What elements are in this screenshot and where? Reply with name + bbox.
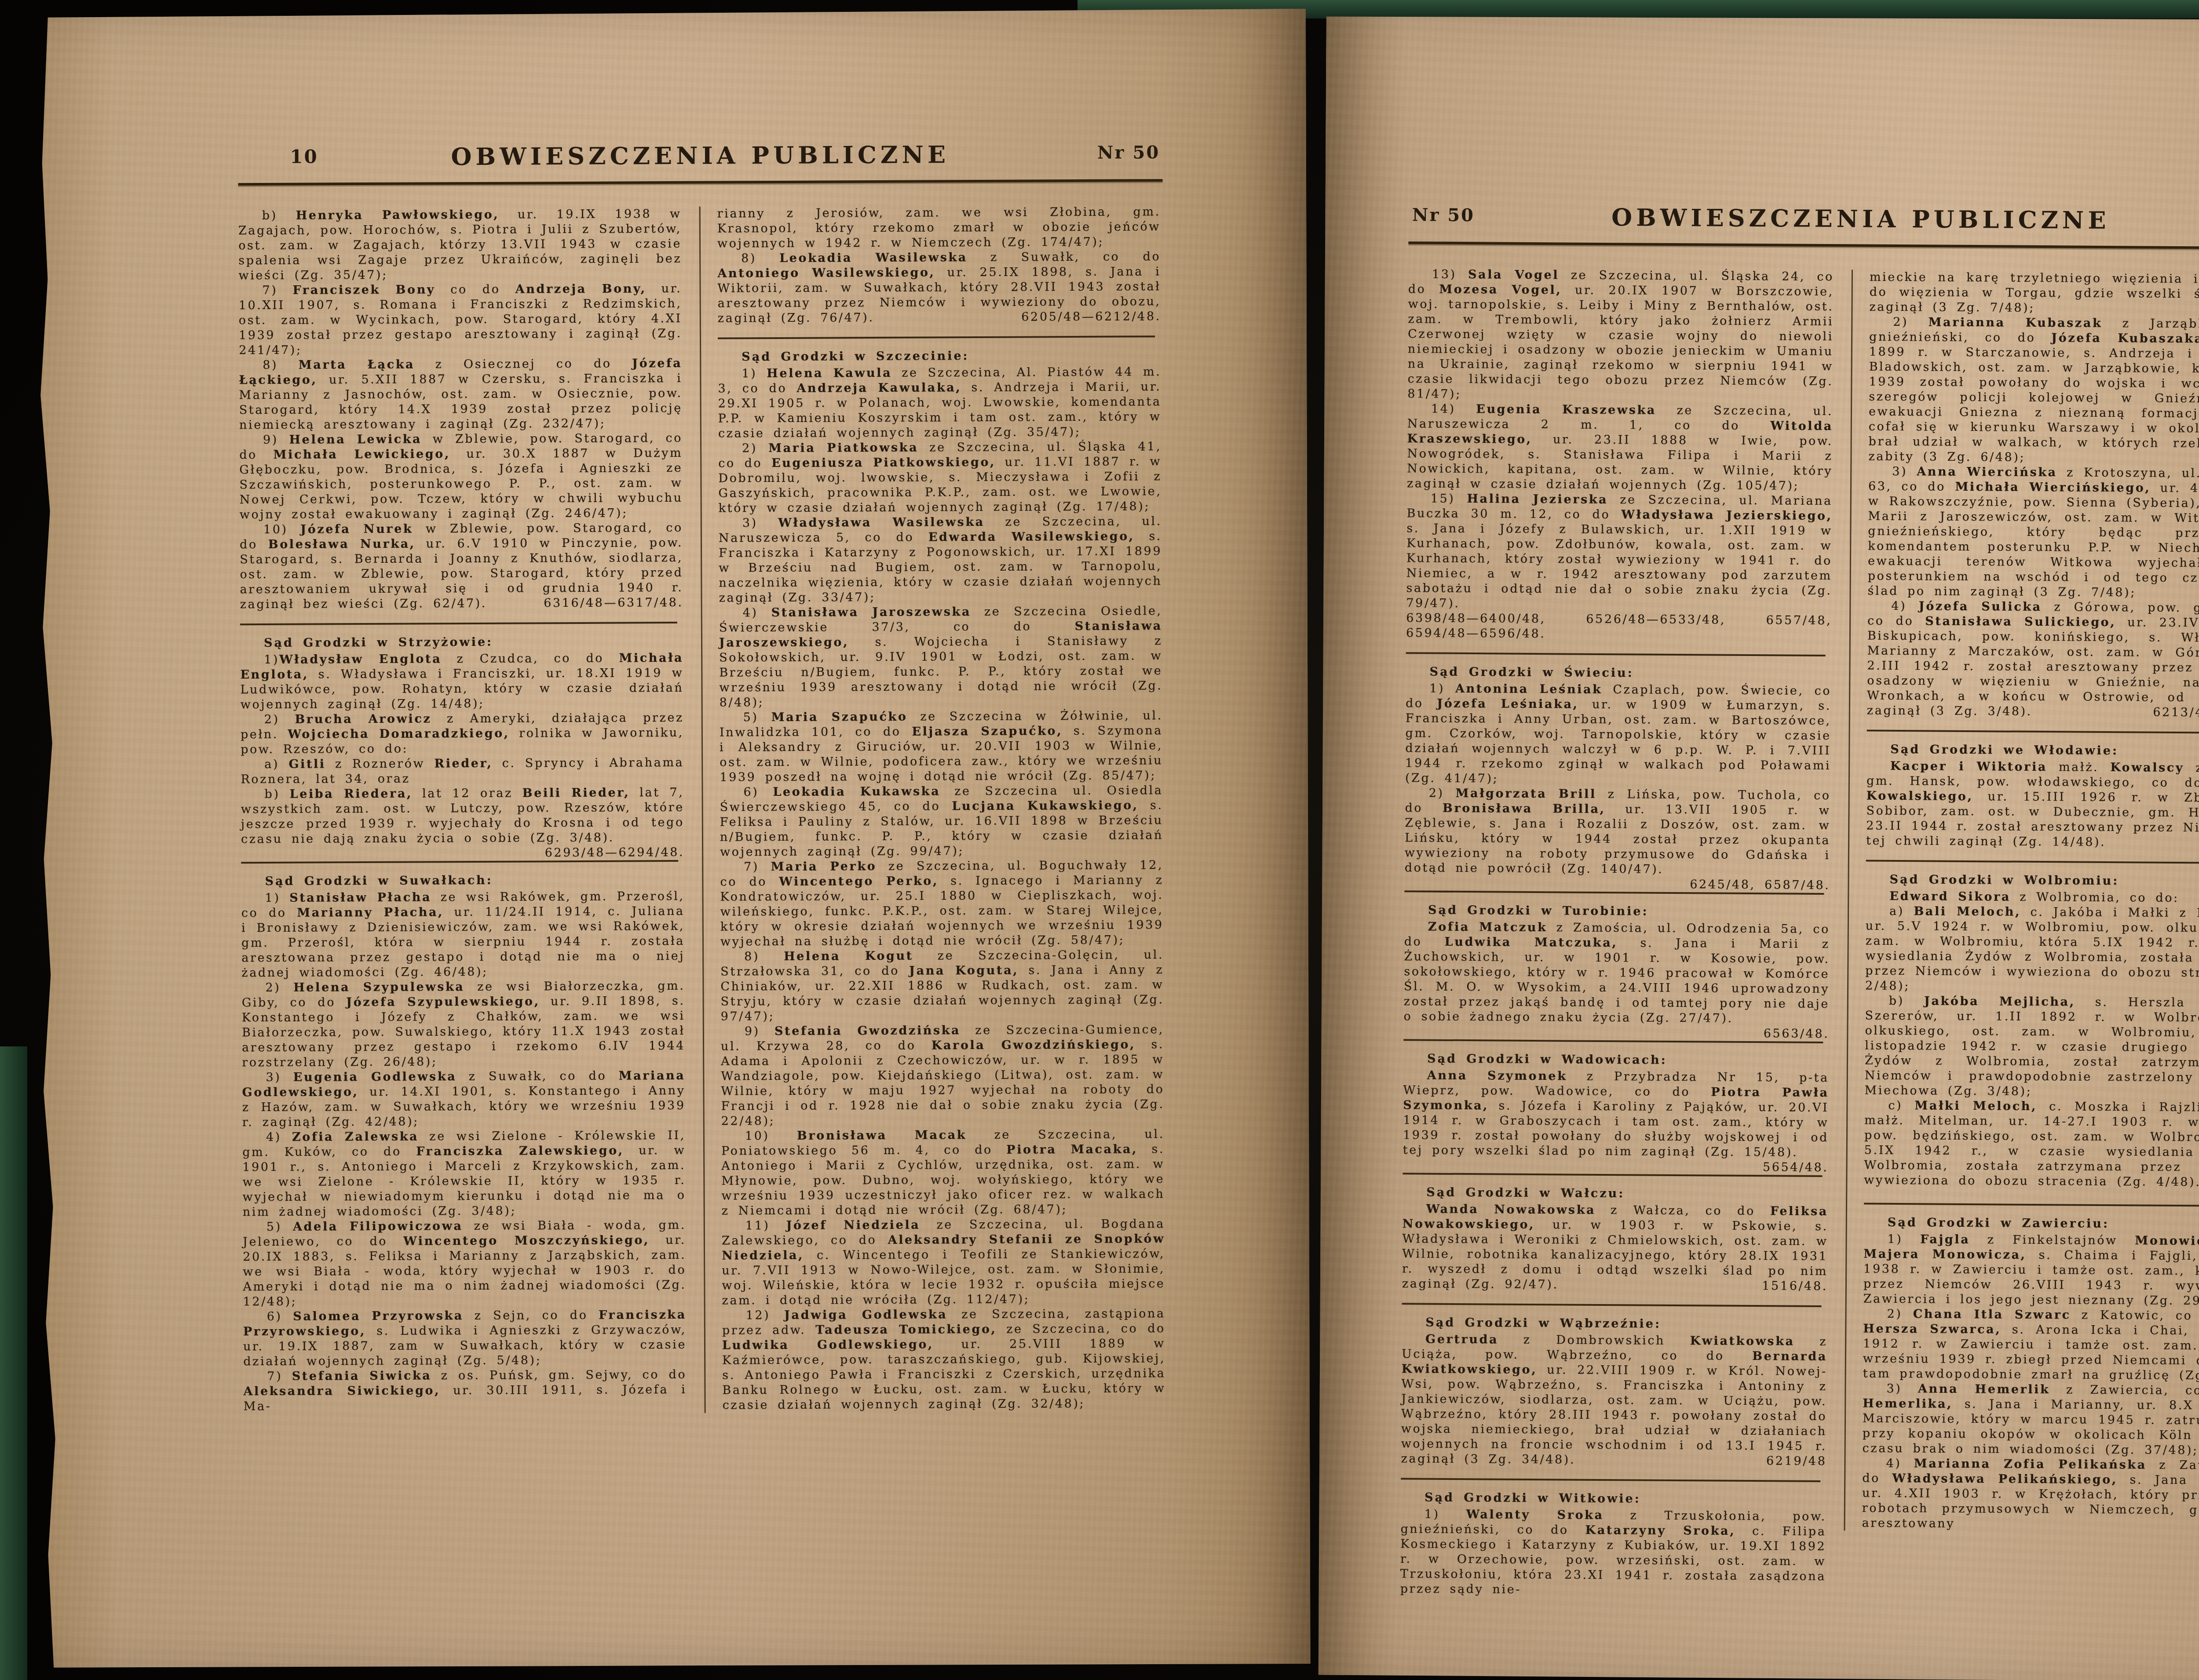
court-heading: Sąd Grodzki w Strzyżowie:	[240, 634, 683, 651]
entry-paragraph: 8) Helena Kogut ze Szczecina-Golęcin, ul…	[720, 948, 1164, 1024]
entry-paragraph: 1) Antonina Leśniak Czaplach, pow. Świec…	[1405, 681, 1831, 788]
person-name: Leokadia Wasilewska	[779, 251, 968, 265]
issue-number: Nr 50	[1412, 204, 1475, 226]
person-name: Tadeusza Tomickiego,	[815, 1323, 997, 1337]
entry-paragraph: 1) Fajgla z Finkelstajnów Monowicz, co d…	[1863, 1232, 2199, 1309]
person-name: Stanisława Sulickiego,	[1925, 614, 2116, 629]
court-heading: Sąd Grodzki w Witkowie:	[1401, 1490, 1826, 1508]
person-name: Leokadia Kukawska	[773, 784, 940, 799]
entry-paragraph: 4) Marianna Zofia Pelikańska z Zawiercia…	[1862, 1456, 2199, 1534]
entry-paragraph: Gertruda z Dombrowskich Kwiatkowska z Uc…	[1401, 1332, 1827, 1469]
entry-text: 4)	[1886, 1457, 1914, 1470]
entry-text: 1)	[1887, 1232, 1920, 1246]
entry-text: b)	[264, 787, 289, 801]
entry-text: 2)	[264, 713, 295, 726]
entry-text: 3)	[742, 516, 778, 530]
section-divider	[718, 335, 1155, 339]
entry-text: 9)	[745, 1024, 774, 1038]
section-divider	[1402, 1303, 1822, 1307]
entry-paragraph: 13) Sala Vogel ze Szczecina, ul. Śląska …	[1407, 267, 1834, 404]
entry-paragraph: 5) Maria Szapućko ze Szczecina w Żółwini…	[720, 708, 1163, 785]
entry-paragraph: 3) Anna Hemerlik z Zawiercia, co do Jana…	[1863, 1381, 2199, 1459]
section-divider	[240, 622, 677, 625]
entry-paragraph: 6) Leokadia Kukawska ze Szczecina ul. Os…	[720, 783, 1163, 860]
person-name: Józef Niedziela	[786, 1218, 921, 1232]
entry-text: 5)	[267, 1220, 293, 1234]
person-name: Kowalscy	[2110, 761, 2184, 775]
person-name: Antonina Leśniak	[1455, 682, 1603, 696]
person-name: Piotra Macaka,	[1006, 1142, 1138, 1156]
entry-text: rianny z Jerosiów, zam. we wsi Złobina, …	[717, 205, 1161, 250]
person-name: Eugenia Kraszewska	[1476, 402, 1656, 417]
person-name: Franciszek Bony	[292, 283, 435, 297]
person-name: Sala Vogel	[1468, 268, 1559, 282]
court-heading: Sąd Grodzki w Wolbromiu:	[1866, 872, 2199, 890]
entry-text: z Finkelstajnów	[1970, 1233, 2135, 1247]
person-name: Maria Perko	[771, 860, 877, 874]
entry-paragraph: 1) Walenty Sroka z Trzuskołonia, pow. gn…	[1400, 1507, 1826, 1599]
entry-text: ur. 4.XII 1903 r. w Rakowszczyźnie, pow.…	[1867, 481, 2199, 600]
entry-text: b)	[262, 209, 296, 222]
person-name: Majera Monowicza,	[1863, 1247, 2026, 1262]
entry-paragraph: 12) Jadwiga Godlewska ze Szczecina, zast…	[722, 1306, 1166, 1413]
gazette-title: OBWIESZCZENIA PUBLICZNE	[451, 140, 950, 171]
entry-paragraph: 3) Anna Wiercińska z Krotoszyna, ul. Zdu…	[1867, 464, 2199, 601]
left-page-columns: b) Henryka Pawłowskiego, ur. 19.IX 1938 …	[238, 204, 1168, 1415]
person-name: Jadwiga Godlewska	[784, 1308, 947, 1322]
entry-text: ur. w 1909 w Łumarzyn, s. Franciszka i A…	[1405, 698, 1831, 786]
entry-paragraph: 1) Helena Kawula ze Szczecina, Al. Piast…	[718, 364, 1162, 441]
section-divider	[1867, 730, 2199, 734]
court-heading: Sąd Grodzki w Szczecinie:	[718, 348, 1161, 364]
person-name: Fajgla	[1920, 1232, 1970, 1246]
person-name: Lucjana Kukawskiego,	[952, 798, 1139, 813]
entry-text: 1)	[264, 653, 279, 667]
person-name: Stanisława Jaroszewska	[771, 605, 972, 620]
entry-paragraph: 3) Eugenia Godlewska z Suwałk, co do Mar…	[242, 1068, 686, 1130]
left-page-header: 10 OBWIESZCZENIA PUBLICZNE Nr 50	[238, 139, 1162, 176]
entry-text: 1)	[1429, 682, 1455, 696]
person-name: Eugeniusza Piatkowskiego,	[771, 456, 996, 470]
person-name: Maria Szapućko	[771, 710, 908, 724]
person-name: Wojciecha Domaradzkiego,	[288, 727, 509, 741]
entry-text: 4)	[1891, 599, 1919, 613]
docket-number: 1516/48.	[1729, 1279, 1828, 1294]
person-name: Jakóba Mejlicha,	[1924, 994, 2075, 1009]
person-name: Anna Hemerlik	[1918, 1382, 2050, 1396]
entry-text: z Sejn, co do	[464, 1308, 599, 1323]
entry-paragraph: 9) Helena Lewicka w Zblewie, pow. Starog…	[239, 431, 683, 522]
entry-text: a)	[1889, 904, 1914, 918]
entry-paragraph: 4) Stanisława Jaroszewska ze Szczecina O…	[719, 604, 1163, 710]
person-name: Eugenia Godlewska	[293, 1070, 457, 1084]
entry-paragraph: 7) Stefania Siwicka z os. Puńsk, gm. Sej…	[243, 1367, 687, 1414]
entry-paragraph: 2) Małgorzata Brill z Lińska, pow. Tucho…	[1405, 786, 1831, 878]
entry-paragraph: 5) Adela Filipowiczowa ze wsi Biała - wo…	[243, 1218, 687, 1309]
person-name: Józefa Sulicka	[1919, 599, 2042, 614]
entry-text: 1)	[1425, 1508, 1466, 1522]
entry-text: c)	[1888, 1099, 1914, 1112]
docket-number: 6563/48.	[1731, 1026, 1830, 1042]
entry-text: 2)	[742, 441, 768, 455]
entry-paragraph: c) Małki Meloch, c. Moszka i Rajzli z Si…	[1864, 1098, 2199, 1191]
person-name: Marianna Zofia Pelikańska	[1914, 1457, 2147, 1472]
entry-paragraph: 6398/48—6400/48, 6526/48—6533/48, 6557/4…	[1406, 611, 1832, 643]
entry-paragraph: 15) Halina Jezierska ze Szczecina, ul. M…	[1406, 491, 1833, 613]
entry-paragraph: 7) Maria Perko ze Szczecina, ul. Boguchw…	[720, 858, 1164, 949]
entry-text: lat 12 oraz	[413, 787, 522, 801]
person-name: Władysława Wasilewska	[778, 515, 985, 530]
person-name: Salomea Przyrowska	[293, 1309, 464, 1323]
person-name: Eljasza Szapućko,	[912, 724, 1063, 738]
entry-paragraph: a) Bali Meloch, c. Jakóba i Małki z Mite…	[1865, 904, 2199, 996]
person-name: Maria Piatkowska	[768, 441, 918, 455]
person-name: Monowicz,	[2135, 1234, 2199, 1248]
person-name: Rieder,	[434, 757, 493, 771]
entry-text: s. Herszla i Baci z Szererów, ur. 1.II 1…	[1865, 995, 2199, 1098]
person-name: Władysław Englota	[279, 652, 442, 667]
person-name: Gertruda	[1425, 1333, 1498, 1347]
left-page-column-2: rianny z Jerosiów, zam. we wsi Złobina, …	[699, 204, 1166, 1413]
section-divider	[1864, 1203, 2199, 1207]
entry-paragraph: 10) Bronisława Macak ze Szczecina, ul. P…	[721, 1127, 1165, 1218]
entry-text: 7)	[267, 1370, 292, 1383]
left-page-print-area: 10 OBWIESZCZENIA PUBLICZNE Nr 50 b) Henr…	[35, 9, 1313, 1416]
person-name: Antoniego Wasilewskiego,	[717, 266, 935, 280]
entry-text: ur. 7.III 1899 r. w Starczanowie, s. And…	[1868, 332, 2199, 464]
person-name: Brucha Arowicz	[295, 712, 431, 726]
entry-text: 5)	[743, 711, 771, 724]
entry-paragraph: 8) Marta Łącka z Osiecznej co do Józefa …	[239, 356, 683, 433]
section-divider	[1401, 1478, 1820, 1482]
entry-paragraph: b) Leiba Riedera, lat 12 oraz Beili Ried…	[241, 785, 684, 847]
person-name: Kwiatkowska	[1690, 1334, 1795, 1348]
person-name: Karola Gwozdzińskiego,	[931, 1038, 1136, 1052]
entry-paragraph: 14) Eugenia Kraszewska ze Szczecina, ul.…	[1407, 401, 1833, 494]
entry-paragraph: 2) Helena Szypulewska ze wsi Białorzeczk…	[241, 979, 685, 1070]
person-name: Stanisław Płacha	[289, 890, 431, 904]
entry-paragraph: 9) Stefania Gwozdzińska ze Szczecina-Gum…	[721, 1022, 1165, 1129]
entry-paragraph: 8) Leokadia Wasilewska z Suwałk, co do A…	[717, 249, 1161, 326]
person-name: Wincentego Moszczyńskiego,	[403, 1233, 650, 1248]
person-name: Władysława Jezierskiego,	[1621, 508, 1832, 523]
entry-text: 4)	[266, 1130, 292, 1144]
docket-number: 6312/48.	[2193, 835, 2199, 851]
entry-paragraph: 7) Franciszek Bony co do Andrzeja Bony, …	[238, 281, 682, 358]
person-name: Stefania Gwozdzińska	[774, 1024, 961, 1038]
person-name: Chana Itla Szwarc	[1913, 1307, 2071, 1322]
section-divider	[1866, 860, 2199, 864]
section-divider	[241, 860, 678, 864]
entry-text: s. Jana i Józefy z Bulawskich, ur. 1.XII…	[1406, 521, 1832, 610]
person-name: Gitli	[289, 757, 325, 771]
entry-paragraph: 4) Józefa Sulicka z Górowa, pow. gnieźni…	[1867, 599, 2199, 721]
entry-text: z Suwałk, co do	[457, 1069, 619, 1084]
person-name: Henryka Pawłowskiego,	[296, 208, 500, 222]
court-heading: Sąd Grodzki w Suwałkach:	[241, 872, 684, 889]
docket-number: 6245/48, 6587/48.	[1657, 877, 1830, 893]
entry-text: 9)	[263, 433, 289, 447]
page-number: 10	[290, 146, 318, 168]
docket-number: 5654/48.	[1730, 1160, 1829, 1175]
header-rule	[238, 179, 1162, 186]
entry-text: mieckie na karę trzyletniego więzienia i…	[1869, 270, 2199, 315]
entry-text: 1)	[265, 891, 290, 905]
right-page-columns: 13) Sala Vogel ze Szczecina, ul. Śląska …	[1400, 267, 2199, 1602]
entry-text: 11)	[745, 1219, 786, 1232]
entry-text: z Suwałk, co do	[968, 250, 1161, 264]
person-name: Bronisława Brilla,	[1443, 802, 1606, 816]
person-name: Halina Jezierska	[1467, 492, 1608, 507]
entry-text: 2)	[265, 981, 293, 995]
court-heading: Sąd Grodzki w Wadowicach:	[1403, 1051, 1829, 1069]
entry-paragraph: 1)Władysław Englota z Czudca, co do Mich…	[240, 651, 684, 712]
person-name: Marta Łącka	[299, 358, 415, 372]
docket-number: 6219/48	[1734, 1454, 1827, 1469]
person-name: Marianna Kubaszak	[1929, 315, 2103, 330]
entry-text: c. Jakóba i Małki z Mitelmanów, ur. 5.V …	[1865, 905, 2199, 993]
person-name: Anna Szymonek	[1427, 1069, 1567, 1083]
court-heading: Sąd Grodzki w Wąbrzeźnie:	[1402, 1315, 1827, 1333]
person-name: Helena Szypulewska	[293, 980, 464, 995]
person-name: Wanda Nowakowska	[1426, 1203, 1596, 1217]
header-rule	[1408, 241, 2199, 250]
entry-text: 6)	[743, 785, 773, 799]
person-name: Stefania Siwicka	[292, 1369, 432, 1383]
court-heading: Sąd Grodzki w Świeciu:	[1406, 664, 1831, 682]
person-name: Józefa Leśniaka,	[1437, 697, 1578, 711]
entry-text: 1)	[742, 367, 767, 380]
entry-text: 13)	[1432, 268, 1468, 282]
person-name: Bronisława Macak	[797, 1128, 967, 1143]
person-name: Józefa Szypulewskiego,	[346, 995, 540, 1009]
entry-paragraph: Kacper i Wiktoria małż. Kowalscy z Dubec…	[1866, 759, 2199, 851]
entry-text: 2)	[1893, 315, 1929, 329]
entry-paragraph: 1) Stanisław Płacha ze wsi Rakówek, gm. …	[241, 889, 685, 980]
person-name: Beili Rieder,	[522, 786, 630, 800]
gazette-title: OBWIESZCZENIA PUBLICZNE	[1611, 203, 2110, 234]
entry-text: 7)	[262, 284, 292, 297]
person-name: Andrzeja Bony,	[515, 282, 647, 296]
entry-text: 8)	[744, 950, 784, 963]
person-name: Franciszka Zalewskiego,	[416, 1144, 624, 1159]
entry-text: 7)	[744, 860, 771, 874]
entry-text: z Wałcza, co do	[1596, 1203, 1770, 1218]
entry-text: ur. 23.IV 1890 r. w Biskupicach, pow. ko…	[1867, 616, 2199, 718]
person-name: Helena Kogut	[784, 949, 913, 963]
person-name: Leiba Riedera,	[289, 787, 413, 801]
person-name: Bali Meloch,	[1914, 904, 2021, 918]
person-name: Katarzyny Sroka,	[1585, 1523, 1736, 1538]
entry-text: z Katowic, co do	[2071, 1308, 2199, 1323]
left-page-column-1: b) Henryka Pawłowskiego, ur. 19.IX 1938 …	[238, 207, 687, 1414]
person-name: Michała Wiercińskiego,	[1955, 480, 2151, 495]
entry-text: z Dombrowskich	[1498, 1333, 1690, 1348]
person-name: Kacper i Wiktoria	[1890, 759, 2047, 774]
person-name: Władysława Pelikańskiego,	[1892, 1472, 2118, 1487]
entry-paragraph: 10) Józefa Nurek w Zblewie, pow. Staroga…	[240, 521, 683, 612]
entry-paragraph: 3) Władysława Wasilewska ze Szczecina, u…	[719, 514, 1162, 605]
entry-text: 2)	[1429, 787, 1456, 800]
right-page: Nr 50 OBWIESZCZENIA PUBLICZNE 11 13) Sal…	[1316, 13, 2199, 1680]
person-name: Helena Lewicka	[289, 432, 422, 446]
left-page: 10 OBWIESZCZENIA PUBLICZNE Nr 50 b) Henr…	[35, 9, 1314, 1671]
entry-text: a)	[264, 758, 289, 771]
entry-text: co do	[435, 283, 515, 297]
entry-paragraph: 2) Maria Piatkowska ze Szczecina, ul. Śl…	[718, 439, 1162, 516]
entry-text: 3)	[1886, 1382, 1918, 1396]
entry-text: 2)	[1887, 1307, 1913, 1321]
person-name: Anna Wiercińska	[1917, 465, 2057, 479]
person-name: Ludwika Matczuka,	[1445, 935, 1618, 950]
court-heading: Sąd Grodzki w Zawierciu:	[1864, 1215, 2199, 1233]
entry-paragraph: b) Henryka Pawłowskiego, ur. 19.IX 1938 …	[238, 207, 682, 283]
entry-text: 8)	[263, 358, 299, 372]
issue-number: Nr 50	[1097, 142, 1160, 163]
entry-paragraph: 4) Zofia Zalewska ze wsi Zielone - Króle…	[242, 1128, 686, 1220]
entry-text: ze Szczecina, co do	[997, 1322, 1165, 1336]
person-name: Helena Kawula	[767, 366, 892, 380]
entry-text: 4)	[743, 606, 771, 620]
entry-text: 12)	[746, 1308, 785, 1322]
entry-text: 6398/48—6400/48, 6526/48—6533/48, 6557/4…	[1406, 611, 1832, 641]
person-name: Adela Filipowiczowa	[293, 1219, 463, 1234]
entry-paragraph: rianny z Jerosiów, zam. we wsi Złobina, …	[717, 204, 1161, 251]
person-name: Zofia Matczuk	[1428, 920, 1548, 935]
person-name: Jana Koguta,	[909, 964, 1019, 978]
person-name: Wincentego Perko,	[779, 874, 939, 889]
entry-text: 10)	[263, 523, 301, 536]
entry-paragraph: mieckie na karę trzyletniego więzienia i…	[1869, 270, 2199, 317]
entry-text: 3)	[266, 1071, 293, 1084]
entry-paragraph: Anna Szymonek z Przybradza Nr 15, p-ta W…	[1403, 1068, 1829, 1160]
entry-text: 3)	[1892, 465, 1917, 478]
entry-text: ur. 22.VIII 1909 r. w Król. Nowej-Wsi, p…	[1401, 1363, 1827, 1467]
person-name: Marianny Płacha,	[297, 905, 444, 919]
person-name: Andrzeja Kawulaka,	[796, 381, 961, 395]
entry-text: z Wolbromia, co do:	[2011, 890, 2179, 905]
entry-text: małż.	[2047, 760, 2110, 774]
docket-number: 6316/48—6317/48.	[511, 595, 683, 611]
person-name: Walenty Sroka	[1466, 1508, 1604, 1522]
section-divider	[1406, 652, 1826, 656]
person-name: Michała Lewickiego,	[273, 447, 450, 462]
entry-text: 8)	[741, 251, 779, 265]
entry-paragraph: Zofia Matczuk z Zamościa, ul. Odrodzenia…	[1404, 919, 1830, 1027]
entry-paragraph: b) Jakóba Mejlicha, s. Herszla i Baci z …	[1865, 994, 2199, 1101]
docket-number: 6205/48—6212/48.	[989, 309, 1161, 325]
entry-text: 6)	[267, 1310, 293, 1323]
right-page-column-2: mieckie na karę trzyletniego więzienia i…	[1844, 270, 2199, 1533]
entry-text: 10)	[745, 1129, 797, 1143]
person-name: Józefa Nurek	[300, 522, 413, 536]
court-heading: Sąd Grodzki w Wałczu:	[1403, 1185, 1828, 1203]
entry-text: z os. Puńsk, gm. Sejwy, co do	[431, 1368, 687, 1383]
entry-paragraph: 2) Brucha Arowicz z Ameryki, działająca …	[241, 711, 684, 757]
person-name: Edwarda Wasilewskiego,	[928, 529, 1135, 544]
docket-number: 6293/48—6294/48.	[512, 845, 685, 861]
entry-paragraph: a) Gitli z Roznerów Rieder, c. Spryncy i…	[241, 755, 684, 787]
entry-text: z Zawiercia, co do	[2050, 1383, 2199, 1398]
person-name: Zofia Zalewska	[292, 1130, 419, 1144]
court-heading: Sąd Grodzki we Włodawie:	[1867, 742, 2199, 760]
entry-text: z Roznerów	[326, 757, 435, 771]
person-name: Bolesława Nurka,	[268, 537, 416, 551]
entry-text: ur. 20.IX 1907 w Borszczowie, woj. tarno…	[1407, 283, 1834, 401]
entry-text: 14)	[1431, 402, 1476, 416]
entry-paragraph: 2) Marianna Kubaszak z Jarząbkowa, pow. …	[1868, 315, 2199, 467]
scanned-gazette: { "palette":{ "background":"#0d0b08", "b…	[0, 0, 2199, 1680]
right-page-print-area: Nr 50 OBWIESZCZENIA PUBLICZNE 11 13) Sal…	[1317, 13, 2199, 1603]
entry-paragraph: Wanda Nowakowska z Wałcza, co do Feliksa…	[1402, 1202, 1828, 1294]
backing-cloth-left	[0, 1046, 27, 1680]
person-name: Józefa Kubaszaka,	[2051, 331, 2199, 346]
person-name: Mozesa Vogel,	[1439, 283, 1562, 297]
right-page-header: Nr 50 OBWIESZCZENIA PUBLICZNE 11	[1409, 202, 2199, 240]
person-name: Edward Sikora	[1889, 889, 2011, 904]
entry-text: z Czudca, co do	[442, 652, 619, 666]
person-name: Ludwika Godlewskiego,	[722, 1337, 934, 1352]
entry-paragraph: 11) Józef Niedziela ze Szczecina, ul. Bo…	[722, 1217, 1165, 1308]
entry-text: z Osiecznej co do	[415, 357, 632, 371]
court-heading: Sąd Grodzki w Turobinie:	[1404, 903, 1830, 920]
docket-number: 6213/48—6216/48.	[2120, 705, 2199, 721]
docket-number: 6335/48.	[2191, 1190, 2199, 1205]
entry-text: 15)	[1431, 492, 1467, 506]
person-name: Małki Meloch,	[1914, 1099, 2037, 1113]
entry-paragraph: 6) Salomea Przyrowska z Sejn, co do Fran…	[243, 1308, 687, 1369]
person-name: Aleksandra Siwickiego,	[243, 1384, 440, 1398]
entry-text: b)	[1889, 994, 1924, 1008]
right-page-column-1: 13) Sala Vogel ze Szczecina, ul. Śląska …	[1400, 267, 1834, 1599]
person-name: Małgorzata Brill	[1456, 787, 1596, 801]
entry-paragraph: 2) Chana Itla Szwarc z Katowic, co do Iz…	[1863, 1307, 2199, 1384]
